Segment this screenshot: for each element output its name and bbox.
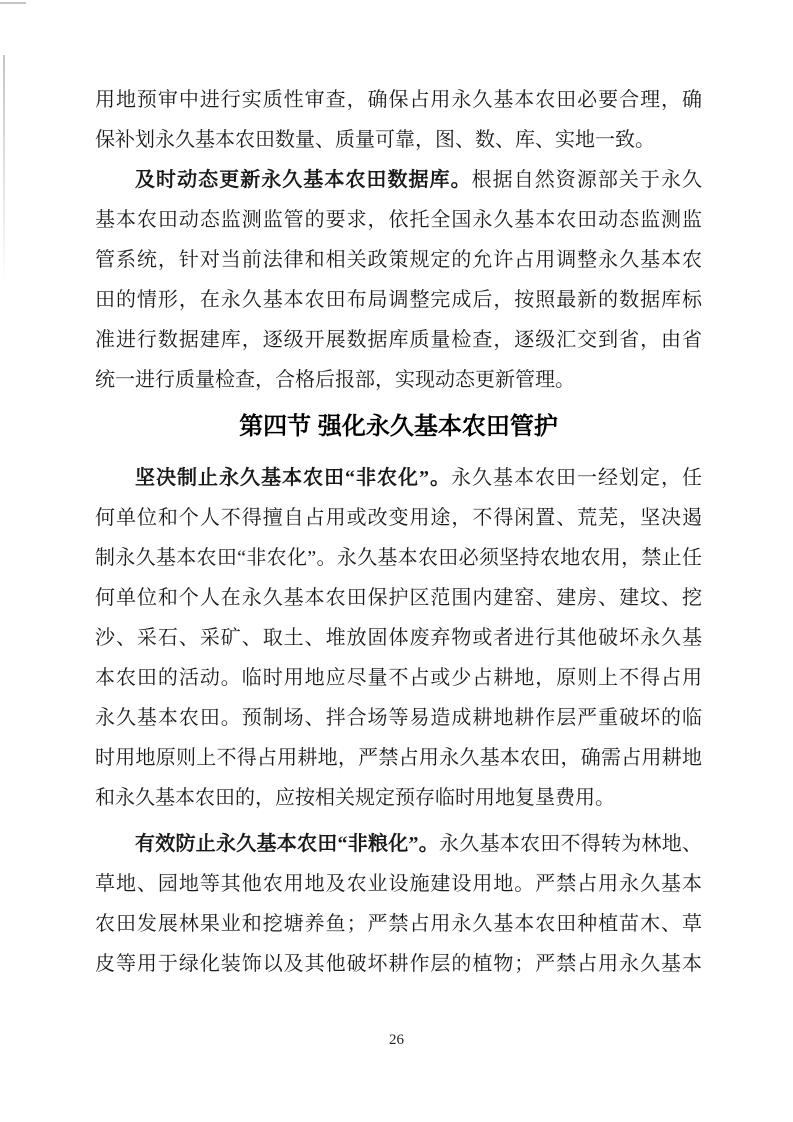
paragraph-no-non-agricultural: 坚决制止永久基本农田“非农化”。永久基本农田一经划定，任何单位和个人不得擅自占用… <box>95 458 702 818</box>
text-run: 统一进行质量检查，合格后报部，实现动态更新管理。 <box>95 369 575 391</box>
text-line: 草地、园地等其他农用地及农业设施建设用地。严禁占用永久基本 <box>95 864 702 904</box>
section-heading: 第四节 强化永久基本农田管护 <box>95 406 702 448</box>
text-line: 沙、采石、采矿、取土、堆放固体废弃物或者进行其他破坏永久基 <box>95 618 702 658</box>
scan-artifact-left-line <box>3 55 5 285</box>
text-run: 何单位和个人不得擅自占用或改变用途，不得闲置、荒芜，坚决遏 <box>95 507 702 529</box>
text-line: 本农田的活动。临时用地应尽量不占或少占耕地，原则上不得占用 <box>95 658 702 698</box>
text-line: 和永久基本农田的，应按相关规定预存临时用地复垦费用。 <box>95 778 702 818</box>
text-run: 草地、园地等其他农用地及农业设施建设用地。严禁占用永久基本 <box>95 873 702 895</box>
text-line: 管系统，针对当前法律和相关政策规定的允许占用调整永久基本农 <box>95 240 702 280</box>
text-run: 皮等用于绿化装饰以及其他破坏耕作层的植物；严禁占用永久基本 <box>95 953 702 975</box>
page-footer: 26 <box>0 1032 793 1049</box>
bold-lead-run: 坚决制止永久基本农田“非农化”。 <box>135 467 451 489</box>
text-run: 准进行数据建库，逐级开展数据库质量检查，逐级汇交到省，由省 <box>95 329 702 351</box>
bold-lead-run: 及时动态更新永久基本农田数据库。 <box>135 169 472 191</box>
text-run: 永久基本农田不得转为林地、 <box>439 833 702 855</box>
text-line: 制永久基本农田“非农化”。永久基本农田必须坚持农地农用，禁止任 <box>95 538 702 578</box>
text-line: 坚决制止永久基本农田“非农化”。永久基本农田一经划定，任 <box>95 458 702 498</box>
paragraph-no-non-grain: 有效防止永久基本农田“非粮化”。永久基本农田不得转为林地、草地、园地等其他农用地… <box>95 824 702 984</box>
text-line: 永久基本农田。预制场、拌合场等易造成耕地耕作层严重破坏的临 <box>95 698 702 738</box>
text-run: 时用地原则上不得占用耕地，严禁占用永久基本农田，确需占用耕地 <box>95 747 702 769</box>
text-run: 基本农田动态监测监管的要求，依托全国永久基本农田动态监测监 <box>95 209 702 231</box>
document-body: 用地预审中进行实质性审查，确保占用永久基本农田必要合理，确保补划永久基本农田数量… <box>95 80 702 984</box>
text-run: 永久基本农田。预制场、拌合场等易造成耕地耕作层严重破坏的临 <box>95 707 702 729</box>
text-line: 田的情形，在永久基本农田布局调整完成后，按照最新的数据库标 <box>95 280 702 320</box>
paragraph-database-update: 及时动态更新永久基本农田数据库。根据自然资源部关于永久基本农田动态监测监管的要求… <box>95 160 702 400</box>
text-line: 有效防止永久基本农田“非粮化”。永久基本农田不得转为林地、 <box>95 824 702 864</box>
text-run: 本农田的活动。临时用地应尽量不占或少占耕地，原则上不得占用 <box>95 667 702 689</box>
page-number: 26 <box>389 1032 404 1048</box>
text-line: 农田发展林果业和挖塘养鱼；严禁占用永久基本农田种植苗木、草 <box>95 904 702 944</box>
text-run: 制永久基本农田“非农化”。永久基本农田必须坚持农地农用，禁止任 <box>95 547 702 569</box>
text-run: 管系统，针对当前法律和相关政策规定的允许占用调整永久基本农 <box>95 249 702 271</box>
text-run: 和永久基本农田的，应按相关规定预存临时用地复垦费用。 <box>95 787 615 809</box>
text-line: 准进行数据建库，逐级开展数据库质量检查，逐级汇交到省，由省 <box>95 320 702 360</box>
text-run: 田的情形，在永久基本农田布局调整完成后，按照最新的数据库标 <box>95 289 702 311</box>
text-line: 何单位和个人不得擅自占用或改变用途，不得闲置、荒芜，坚决遏 <box>95 498 702 538</box>
paragraph-continuation: 用地预审中进行实质性审查，确保占用永久基本农田必要合理，确保补划永久基本农田数量… <box>95 80 702 160</box>
text-run: 农田发展林果业和挖塘养鱼；严禁占用永久基本农田种植苗木、草 <box>95 913 702 935</box>
text-run: 根据自然资源部关于永久 <box>472 169 702 191</box>
scan-artifact-top-line <box>0 2 26 4</box>
text-line: 保补划永久基本农田数量、质量可靠，图、数、库、实地一致。 <box>95 120 702 160</box>
text-line: 基本农田动态监测监管的要求，依托全国永久基本农田动态监测监 <box>95 200 702 240</box>
text-line: 及时动态更新永久基本农田数据库。根据自然资源部关于永久 <box>95 160 702 200</box>
text-line: 何单位和个人在永久基本农田保护区范围内建窑、建房、建坟、挖 <box>95 578 702 618</box>
text-run: 沙、采石、采矿、取土、堆放固体废弃物或者进行其他破坏永久基 <box>95 627 702 649</box>
bold-lead-run: 有效防止永久基本农田“非粮化”。 <box>135 833 439 855</box>
text-line: 皮等用于绿化装饰以及其他破坏耕作层的植物；严禁占用永久基本 <box>95 944 702 984</box>
text-run: 保补划永久基本农田数量、质量可靠，图、数、库、实地一致。 <box>95 129 655 151</box>
document-page: 用地预审中进行实质性审查，确保占用永久基本农田必要合理，确保补划永久基本农田数量… <box>0 0 793 1122</box>
text-run: 何单位和个人在永久基本农田保护区范围内建窑、建房、建坟、挖 <box>95 587 702 609</box>
text-line: 用地预审中进行实质性审查，确保占用永久基本农田必要合理，确 <box>95 80 702 120</box>
text-run: 用地预审中进行实质性审查，确保占用永久基本农田必要合理，确 <box>95 89 702 111</box>
text-line: 统一进行质量检查，合格后报部，实现动态更新管理。 <box>95 360 702 400</box>
text-run: 永久基本农田一经划定，任 <box>451 467 702 489</box>
text-line: 时用地原则上不得占用耕地，严禁占用永久基本农田，确需占用耕地 <box>95 738 702 778</box>
